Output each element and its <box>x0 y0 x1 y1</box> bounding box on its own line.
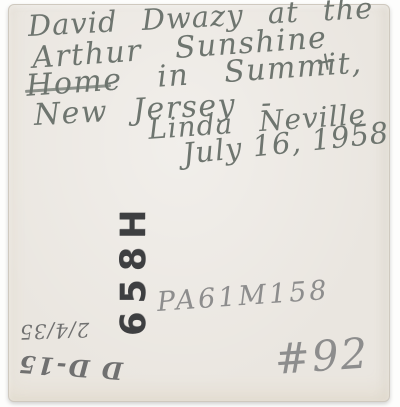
inverted-date-code: 2/4/35 <box>19 318 90 344</box>
accession-number-stamp: 658H <box>114 208 154 336</box>
item-number: #92 <box>273 328 371 383</box>
inverted-id-code: D D-15 <box>16 349 124 385</box>
photo-back-card: David Dwazy at the Arthur Sunshine + Hom… <box>8 4 390 402</box>
negative-number: PA61M158 <box>156 275 330 318</box>
